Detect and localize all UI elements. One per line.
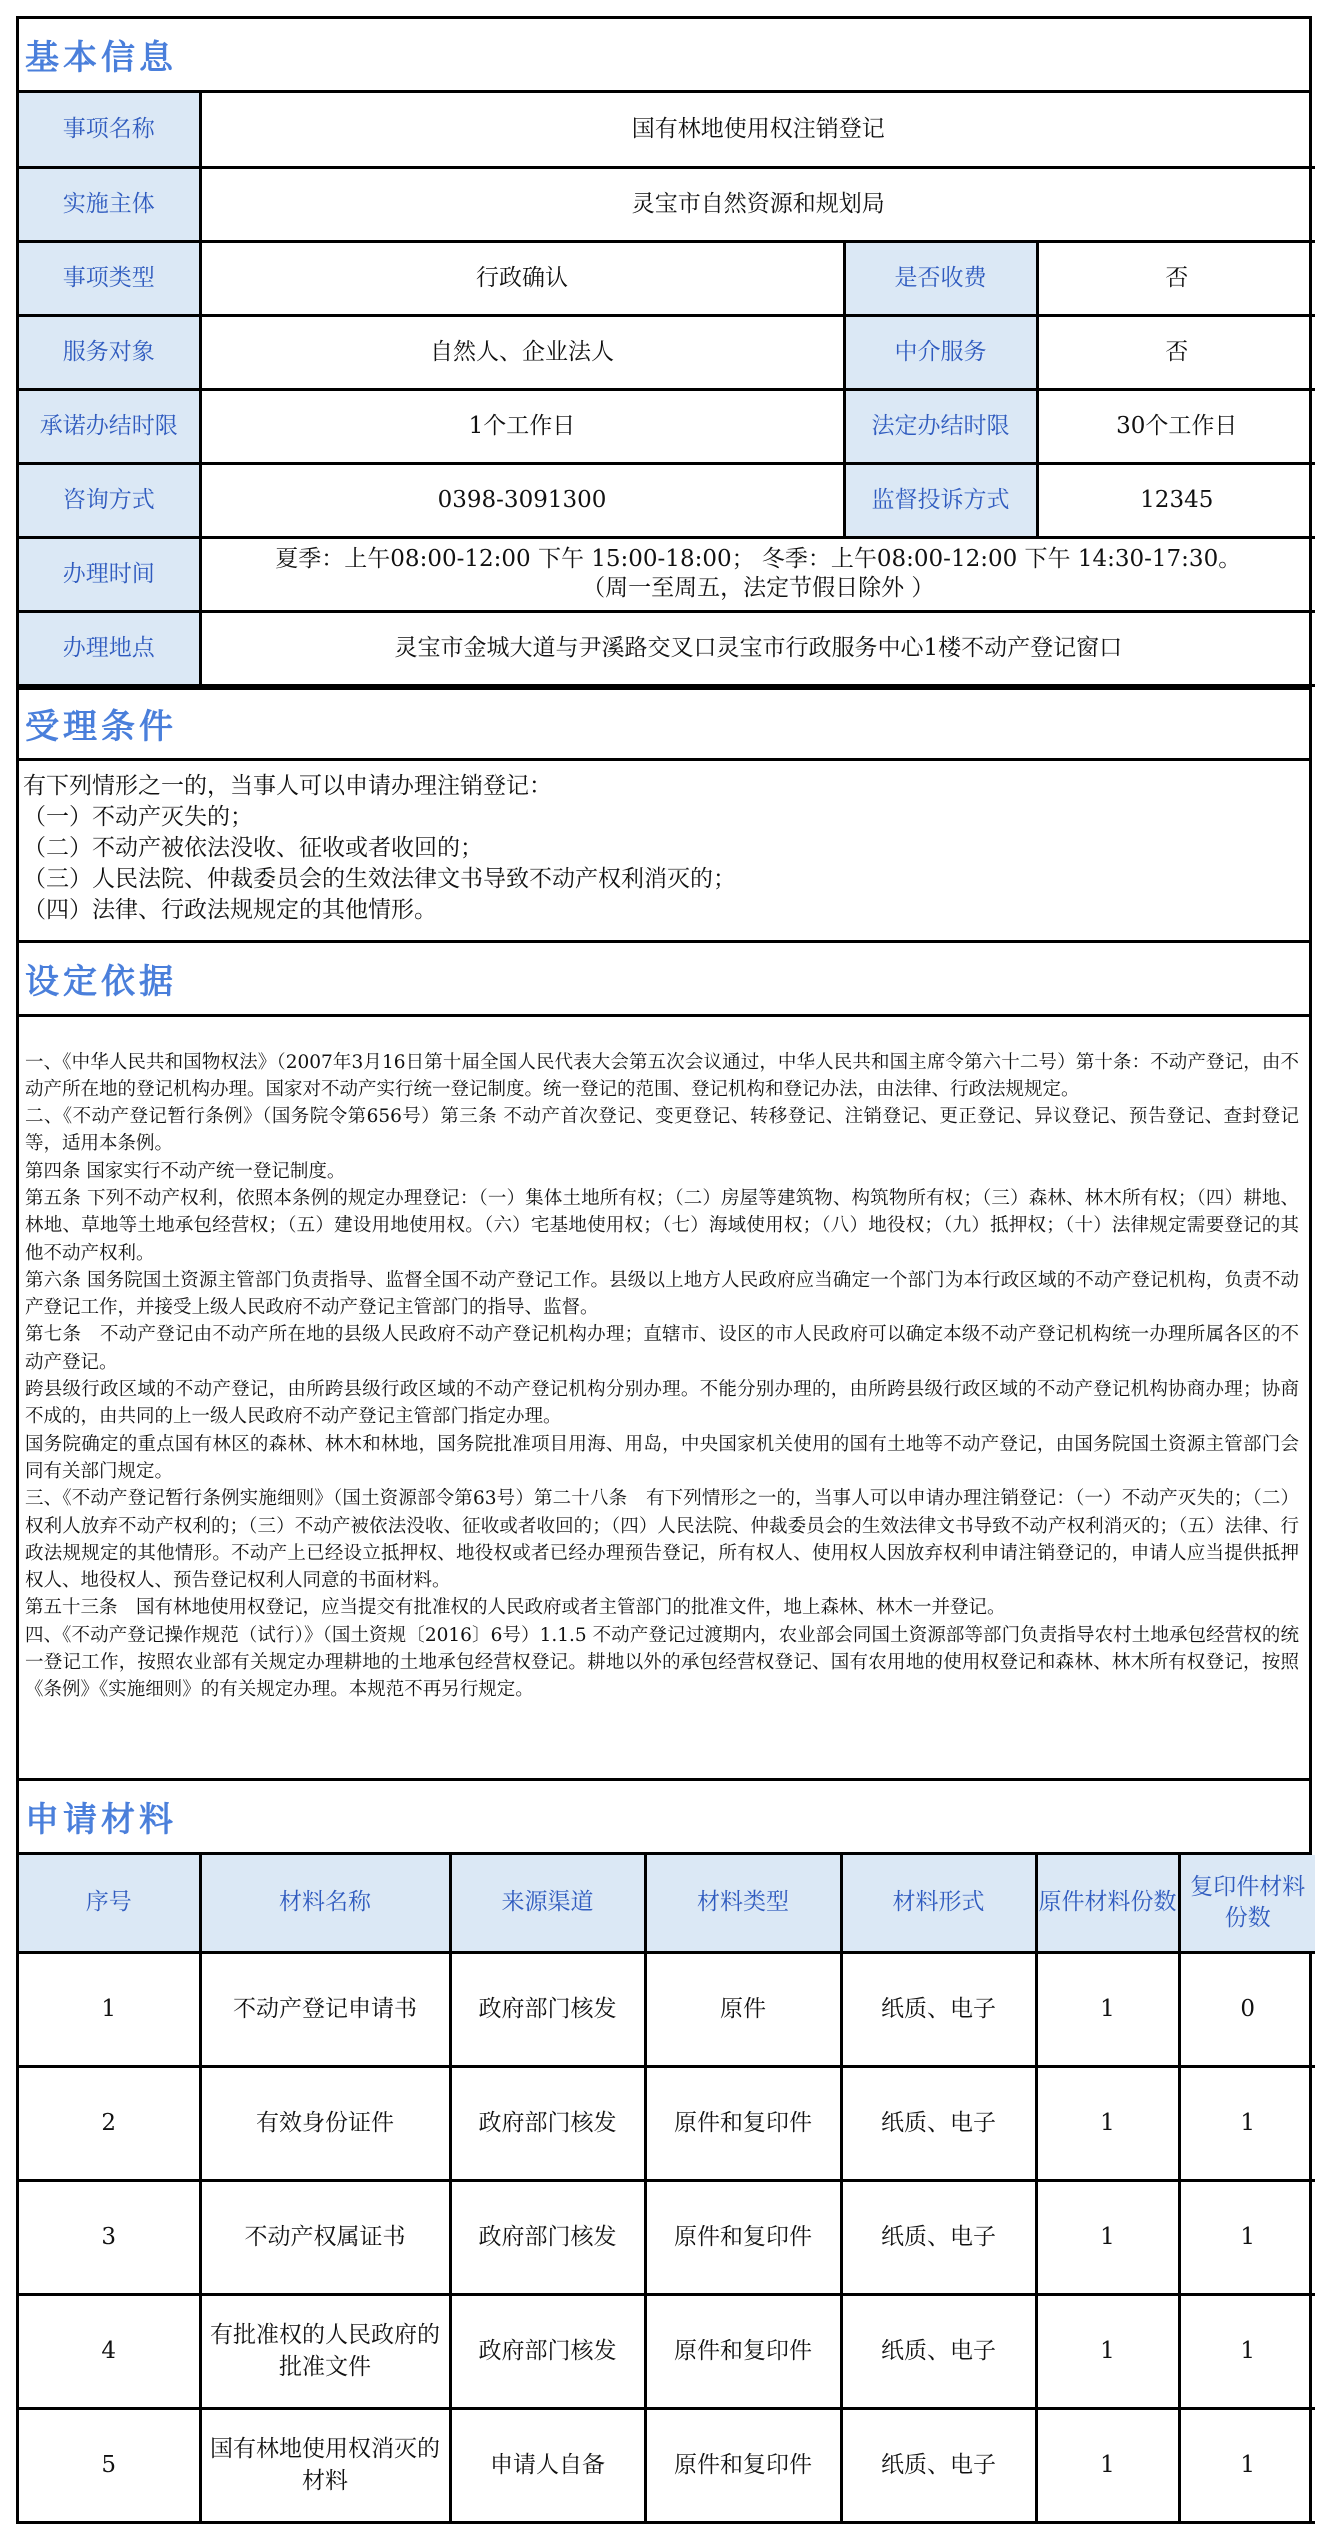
- location-label: 办理地点: [19, 611, 200, 685]
- cell-name: 有批准权的人民政府的批准文件: [200, 2295, 450, 2409]
- hours-value: 夏季：上午08:00-12:00 下午 15:00-18:00； 冬季：上午08…: [200, 537, 1315, 611]
- col-header-copies: 复印件材料份数: [1179, 1855, 1315, 1953]
- table-row: 4 有批准权的人民政府的批准文件 政府部门核发 原件和复印件 纸质、电子 1 1: [19, 2295, 1315, 2409]
- implementer-label: 实施主体: [19, 167, 200, 241]
- row-time-limits: 承诺办结时限 1个工作日 法定办结时限 30个工作日: [19, 389, 1315, 463]
- row-hours: 办理时间 夏季：上午08:00-12:00 下午 15:00-18:00； 冬季…: [19, 537, 1315, 611]
- promised-time-label: 承诺办结时限: [19, 389, 200, 463]
- cell-source: 政府部门核发: [450, 2181, 645, 2295]
- consult-value: 0398-3091300: [200, 463, 844, 537]
- cell-type: 原件和复印件: [645, 2181, 841, 2295]
- table-row: 3 不动产权属证书 政府部门核发 原件和复印件 纸质、电子 1 1: [19, 2181, 1315, 2295]
- cell-no: 1: [19, 1953, 200, 2067]
- col-header-no: 序号: [19, 1855, 200, 1953]
- hours-label: 办理时间: [19, 537, 200, 611]
- row-contact: 咨询方式 0398-3091300 监督投诉方式 12345: [19, 463, 1315, 537]
- cell-copies: 1: [1179, 2409, 1315, 2523]
- legal-time-label: 法定办结时限: [844, 389, 1037, 463]
- basis-paragraph: 第五十三条 国有林地使用权登记，应当提交有批准权的人民政府或者主管部门的批准文件…: [25, 1594, 1299, 1621]
- location-value: 灵宝市金城大道与尹溪路交叉口灵宝市行政服务中心1楼不动产登记窗口: [200, 611, 1315, 685]
- item-name-label: 事项名称: [19, 93, 200, 167]
- cell-copies: 1: [1179, 2295, 1315, 2409]
- basis-body: 一、《中华人民共和国物权法》（2007年3月16日第十届全国人民代表大会第五次会…: [19, 1017, 1309, 1781]
- table-row: 2 有效身份证件 政府部门核发 原件和复印件 纸质、电子 1 1: [19, 2067, 1315, 2181]
- cell-name: 不动产登记申请书: [200, 1953, 450, 2067]
- cell-originals: 1: [1036, 1953, 1179, 2067]
- col-header-type: 材料类型: [645, 1855, 841, 1953]
- fee-value: 否: [1037, 241, 1315, 315]
- basis-paragraph: 国务院确定的重点国有林区的森林、林木和林地，国务院批准项目用海、用岛，中央国家机…: [25, 1431, 1299, 1486]
- basis-paragraph: 二、《不动产登记暂行条例》（国务院令第656号）第三条 不动产首次登记、变更登记…: [25, 1103, 1299, 1158]
- intermediary-label: 中介服务: [844, 315, 1037, 389]
- basic-info-table: 事项名称 国有林地使用权注销登记 实施主体 灵宝市自然资源和规划局 事项类型 行…: [19, 93, 1315, 687]
- promised-time-value: 1个工作日: [200, 389, 844, 463]
- cell-source: 申请人自备: [450, 2409, 645, 2523]
- row-item-name: 事项名称 国有林地使用权注销登记: [19, 93, 1315, 167]
- cell-name: 有效身份证件: [200, 2067, 450, 2181]
- cell-form: 纸质、电子: [841, 1953, 1036, 2067]
- cell-type: 原件: [645, 1953, 841, 2067]
- cell-no: 4: [19, 2295, 200, 2409]
- section-title-conditions: 受理条件: [19, 687, 1309, 761]
- basis-paragraph: 一、《中华人民共和国物权法》（2007年3月16日第十届全国人民代表大会第五次会…: [25, 1049, 1299, 1104]
- cell-no: 3: [19, 2181, 200, 2295]
- conditions-line: （二）不动产被依法没收、征收或者收回的；: [23, 833, 1303, 864]
- col-header-source: 来源渠道: [450, 1855, 645, 1953]
- cell-form: 纸质、电子: [841, 2295, 1036, 2409]
- cell-name: 不动产权属证书: [200, 2181, 450, 2295]
- cell-no: 5: [19, 2409, 200, 2523]
- basis-paragraph: 跨县级行政区域的不动产登记，由所跨县级行政区域的不动产登记机构分别办理。不能分别…: [25, 1376, 1299, 1431]
- item-type-value: 行政确认: [200, 241, 844, 315]
- fee-label: 是否收费: [844, 241, 1037, 315]
- complaint-value: 12345: [1037, 463, 1315, 537]
- cell-originals: 1: [1036, 2295, 1179, 2409]
- section-title-basic-info: 基本信息: [19, 19, 1309, 93]
- basis-paragraph: 四、《不动产登记操作规范（试行）》（国土资规〔2016〕6号）1.1.5 不动产…: [25, 1622, 1299, 1704]
- item-type-label: 事项类型: [19, 241, 200, 315]
- basis-paragraph: 第四条 国家实行不动产统一登记制度。: [25, 1158, 1299, 1185]
- conditions-line: 有下列情形之一的，当事人可以申请办理注销登记：: [23, 771, 1303, 802]
- implementer-value: 灵宝市自然资源和规划局: [200, 167, 1315, 241]
- table-row: 5 国有林地使用权消灭的材料 申请人自备 原件和复印件 纸质、电子 1 1: [19, 2409, 1315, 2523]
- row-service-target: 服务对象 自然人、企业法人 中介服务 否: [19, 315, 1315, 389]
- cell-form: 纸质、电子: [841, 2067, 1036, 2181]
- complaint-label: 监督投诉方式: [844, 463, 1037, 537]
- conditions-line: （三）人民法院、仲裁委员会的生效法律文书导致不动产权利消灭的；: [23, 864, 1303, 895]
- service-guide-sheet: 基本信息 事项名称 国有林地使用权注销登记 实施主体 灵宝市自然资源和规划局 事…: [16, 16, 1312, 2524]
- materials-table: 序号 材料名称 来源渠道 材料类型 材料形式 原件材料份数 复印件材料份数 1 …: [19, 1855, 1315, 2525]
- conditions-body: 有下列情形之一的，当事人可以申请办理注销登记： （一）不动产灭失的； （二）不动…: [19, 761, 1309, 943]
- conditions-line: （一）不动产灭失的；: [23, 802, 1303, 833]
- cell-source: 政府部门核发: [450, 2295, 645, 2409]
- col-header-form: 材料形式: [841, 1855, 1036, 1953]
- hours-line-2: （周一至周五，法定节假日除外 ）: [206, 574, 1312, 603]
- cell-form: 纸质、电子: [841, 2181, 1036, 2295]
- section-title-materials: 申请材料: [19, 1781, 1309, 1855]
- col-header-originals: 原件材料份数: [1036, 1855, 1179, 1953]
- materials-header-row: 序号 材料名称 来源渠道 材料类型 材料形式 原件材料份数 复印件材料份数: [19, 1855, 1315, 1953]
- basis-paragraph: 三、《不动产登记暂行条例实施细则》（国土资源部令第63号）第二十八条 有下列情形…: [25, 1485, 1299, 1594]
- cell-name: 国有林地使用权消灭的材料: [200, 2409, 450, 2523]
- cell-copies: 0: [1179, 1953, 1315, 2067]
- cell-source: 政府部门核发: [450, 1953, 645, 2067]
- service-target-value: 自然人、企业法人: [200, 315, 844, 389]
- cell-type: 原件和复印件: [645, 2067, 841, 2181]
- cell-no: 2: [19, 2067, 200, 2181]
- legal-time-value: 30个工作日: [1037, 389, 1315, 463]
- conditions-line: （四）法律、行政法规规定的其他情形。: [23, 895, 1303, 926]
- cell-type: 原件和复印件: [645, 2409, 841, 2523]
- item-name-value: 国有林地使用权注销登记: [200, 93, 1315, 167]
- hours-line-1: 夏季：上午08:00-12:00 下午 15:00-18:00； 冬季：上午08…: [206, 545, 1312, 574]
- consult-label: 咨询方式: [19, 463, 200, 537]
- service-target-label: 服务对象: [19, 315, 200, 389]
- cell-originals: 1: [1036, 2067, 1179, 2181]
- row-item-type: 事项类型 行政确认 是否收费 否: [19, 241, 1315, 315]
- cell-copies: 1: [1179, 2181, 1315, 2295]
- table-row: 1 不动产登记申请书 政府部门核发 原件 纸质、电子 1 0: [19, 1953, 1315, 2067]
- row-implementer: 实施主体 灵宝市自然资源和规划局: [19, 167, 1315, 241]
- cell-form: 纸质、电子: [841, 2409, 1036, 2523]
- row-location: 办理地点 灵宝市金城大道与尹溪路交叉口灵宝市行政服务中心1楼不动产登记窗口: [19, 611, 1315, 685]
- cell-copies: 1: [1179, 2067, 1315, 2181]
- basis-paragraph: 第七条 不动产登记由不动产所在地的县级人民政府不动产登记机构办理；直辖市、设区的…: [25, 1321, 1299, 1376]
- cell-type: 原件和复印件: [645, 2295, 841, 2409]
- basis-paragraph: 第五条 下列不动产权利，依照本条例的规定办理登记：（一）集体土地所有权；（二）房…: [25, 1185, 1299, 1267]
- intermediary-value: 否: [1037, 315, 1315, 389]
- basis-paragraph: 第六条 国务院国土资源主管部门负责指导、监督全国不动产登记工作。县级以上地方人民…: [25, 1267, 1299, 1322]
- col-header-name: 材料名称: [200, 1855, 450, 1953]
- cell-source: 政府部门核发: [450, 2067, 645, 2181]
- cell-originals: 1: [1036, 2181, 1179, 2295]
- cell-originals: 1: [1036, 2409, 1179, 2523]
- section-title-basis: 设定依据: [19, 943, 1309, 1017]
